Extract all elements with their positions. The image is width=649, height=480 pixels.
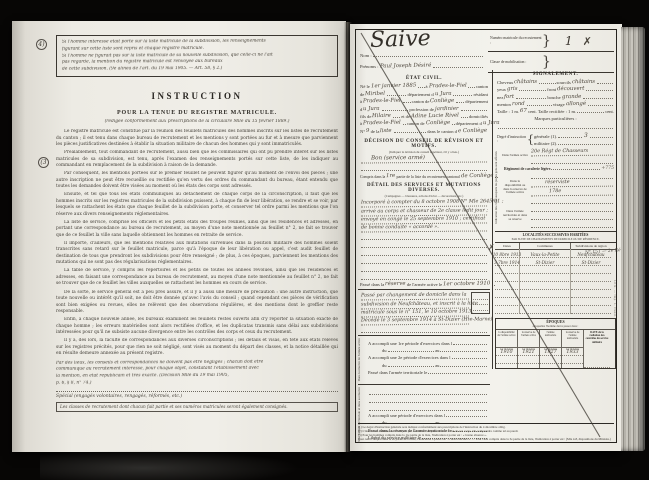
printed-text: au [435, 348, 439, 353]
printed-text: d [360, 107, 362, 112]
blank-line [361, 325, 487, 333]
column-header: l'armée territoriale [540, 330, 561, 348]
printed-text: A accompli une 2e période d'exercices da… [368, 355, 451, 360]
dotted-fill [586, 90, 613, 91]
dotted-fill [387, 95, 406, 96]
corps-dispo-label: Dans la disponibilité ou dans la réserve… [502, 180, 528, 195]
written-year: 1910 [496, 351, 517, 356]
printed-text: à [426, 84, 428, 89]
matricule-label: Numéro matricule du recrutement : [490, 36, 542, 45]
body-paragraph: Par conséquent, les mentions portées sur… [56, 171, 338, 191]
decision-subheading: (Indiquer la décision du conseil supérie… [358, 150, 490, 154]
dotted-fill [453, 344, 487, 345]
printed-text: Taille : 1 m. [497, 109, 519, 114]
reserve-section: Dans la réserve de l'armée active A acco… [358, 338, 490, 381]
blank-line [361, 248, 487, 256]
blank-line [531, 204, 613, 212]
subtitle-note: (rédigée conformément aux prescriptions … [56, 119, 338, 124]
dotted-fill [440, 366, 487, 367]
printed-text: yeux [497, 87, 506, 92]
etat-civil-line: N°9de lalistedans le canton de Conliège [360, 126, 488, 133]
etat-civil-line: du Juraprofession dejardinier [360, 104, 488, 111]
dotted-fill [577, 112, 604, 113]
localites-subheading: PAR SUITE DE CHANGEMENTS DE DOMICILE OU … [495, 237, 616, 241]
blank-line [496, 356, 517, 364]
signalement-row: Cheveuxchâtainssourcilschâtains [497, 78, 614, 85]
dotted-fill [418, 87, 424, 88]
reserve-side-label: Dans la réserve de l'armée active [358, 338, 366, 381]
signalement-row: mentonrondvisageallongé [497, 100, 614, 107]
mutation-line: Décédé le 3 septembre 1914 à St-Dizier (… [361, 317, 469, 326]
margin-mark-mid: (3 [38, 157, 49, 168]
written-year: 1933 [562, 351, 583, 356]
etat-civil-line: fils deHilaireet deAdine Lucie Riveldomi… [360, 112, 488, 119]
blank-line [361, 256, 487, 264]
signalement-heading: SIGNALEMENT. [495, 72, 616, 77]
periode-line: Passé dans l'armée territoriale le [368, 368, 488, 375]
written-text: Conliège [430, 98, 454, 104]
dotted-fill [440, 351, 487, 352]
section-divider [358, 289, 490, 290]
form-frame: Saive Nom : Prénoms : Paul Joseph Désiré… [355, 29, 617, 443]
printed-text: Passé dans la [360, 282, 384, 287]
printed-text: canton de [407, 121, 425, 126]
compris-line: Compris dans la 1re partie de la liste d… [360, 171, 488, 178]
printed-text: fils de [360, 114, 371, 119]
corps-active-block: Dans l'armée active 20e Régt de Chasseur… [502, 148, 616, 164]
printed-text: à [360, 99, 362, 104]
dotted-fill [551, 169, 600, 170]
brace-glyph: { [527, 133, 534, 146]
brace-glyph: } [542, 33, 551, 49]
dotted-fill [461, 117, 468, 118]
left-page-footnote: Les classes de recrutement dont chacun f… [56, 402, 338, 412]
blank-line [540, 356, 561, 364]
epoque-column: la réserve de l'armée territoriale 1er O… [562, 330, 584, 368]
dotted-fill [452, 124, 455, 125]
blank-line [361, 272, 487, 280]
localites-heading-box: LOCALITÉS SUCCESSIVES HABITÉES PAR SUITE… [495, 231, 616, 243]
printed-text: Compris dans la [360, 175, 385, 179]
epoque-column: l'armée territoriale 1er Octobre1927 [540, 330, 562, 368]
form-right-column: SIGNALEMENT. Cheveuxchâtainssourcilschât… [492, 70, 616, 369]
written-year: 1927 [540, 351, 561, 356]
written-text: e Conliège [458, 127, 487, 134]
periode-line: A accompli une période d'exercices dans … [368, 411, 488, 418]
printed-text: Né le [360, 84, 370, 89]
brace-glyph: } [542, 54, 551, 70]
dotted-fill [588, 105, 613, 106]
prenoms-label: Prénoms : [360, 64, 379, 69]
nom-line [373, 56, 483, 57]
dotted-fill [446, 416, 487, 417]
blank-line [361, 240, 487, 248]
left-page: 4) (3 Si l'homme intéressé était porté s… [12, 21, 346, 452]
epoque-column: la réserve de l'armée active 1er Octobre… [518, 330, 540, 368]
printed-text: canton [476, 84, 488, 89]
blank-line [531, 196, 613, 204]
decision-heading: DÉCISION DU CONSEIL DE RÉVISION ET MOTIF… [358, 139, 490, 149]
blank-line [562, 356, 583, 364]
instruction-subtitle: POUR LA TENUE DU REGISTRE MATRICULE. [56, 110, 338, 116]
page-edge-stack [621, 27, 645, 451]
blank-line [531, 156, 613, 164]
column-header: la réserve de l'armée active [518, 330, 539, 348]
cavalerie-line: Régiment de cavalerie légère +775 [504, 164, 614, 171]
photo-canvas: 4) (3 Si l'homme intéressé était porté s… [0, 0, 649, 480]
instruction-title: INSTRUCTION [56, 91, 338, 101]
form-header: Saive Nom : Prénoms : Paul Joseph Désiré… [358, 31, 610, 73]
written-text: jardinier [435, 105, 459, 111]
dotted-fill [539, 83, 555, 84]
written-text: u Jura [363, 105, 380, 111]
written-text: 1er octobre 1910 [443, 281, 490, 288]
body-paragraph: La table de service, y compris les réper… [56, 268, 338, 288]
dotted-fill [388, 366, 435, 367]
form-left-column: ÉTAT CIVIL. Né le1er janvier 1885àPrades… [358, 74, 490, 442]
dotted-fill [388, 351, 435, 352]
footnote-line: Pour ceux compris dans la 2e partie de l… [358, 437, 614, 441]
printed-text: A accompli une 1re période d'exercices d… [368, 341, 452, 346]
written-text: allongé [566, 101, 586, 107]
body-paragraph: Ensuite, et tel que tous les états commu… [56, 192, 338, 218]
dotted-fill [403, 124, 406, 125]
etat-civil-line: àPrades-le-Fielcanton deConliègedépartem… [360, 119, 488, 126]
radiation-label: DATE de la radiation des contrôles du se… [584, 330, 610, 360]
annotation-box: Si l'homme intéressé était porté sur la … [56, 35, 338, 77]
corps-dispo-value: 178e [531, 187, 613, 196]
written-text: 1re [386, 173, 395, 179]
cross-mark: ✗ [583, 35, 592, 48]
written-text: découvert [557, 86, 584, 92]
written-text: liste [380, 128, 392, 134]
printed-text: du [382, 348, 387, 353]
printed-text: de [360, 92, 364, 97]
printed-text: nez [497, 95, 503, 100]
table-row [495, 306, 616, 314]
corps-territoriale-label: Dans l'armée territoriale et dans sa rés… [502, 210, 528, 221]
printed-text: Marques particulières : [534, 116, 576, 121]
margin-mark-top: 4) [36, 39, 47, 50]
written-text: u Jura [435, 91, 452, 97]
periode-line: duau [368, 360, 488, 367]
periode-line: A accompli une 1re période d'exercices d… [368, 338, 488, 345]
service-entry-line: de bonne conduite « accordé ». [361, 223, 487, 232]
written-text: châtains [514, 79, 537, 85]
body-paragraph: La liste de service, comprise les offici… [56, 220, 338, 240]
dotted-fill [583, 98, 613, 99]
dotted-fill [428, 373, 487, 374]
blank-line [531, 220, 613, 228]
dotted-fill [527, 105, 552, 106]
dotted-fill [461, 110, 487, 111]
mutations-block: Passé par changement de domicile dans la… [358, 292, 490, 325]
written-text: gris [507, 86, 518, 92]
printed-text: à [360, 121, 362, 126]
body-paragraph: Enfin, à chaque nouvelle année, les bure… [56, 317, 338, 337]
printer-mark: Lille. — Imp. L. Danel. [613, 280, 617, 318]
prenoms-value: Paul Joseph Désiré [379, 63, 430, 70]
nom-label: Nom : [360, 53, 372, 58]
printed-text: département d [456, 121, 482, 126]
blank-line [369, 387, 487, 395]
printed-text: menton [497, 102, 511, 107]
printed-text: N° [360, 129, 365, 134]
periode-line: A accompli une 2e période d'exercices da… [368, 353, 488, 360]
written-text: réserve [385, 281, 406, 287]
dotted-fill [558, 137, 581, 138]
written-text: Hilaire [372, 113, 391, 119]
dotted-fill [597, 83, 613, 84]
printed-text: dans le canton d [427, 129, 457, 134]
written-year: 1921 [518, 351, 539, 356]
prenoms-line [433, 67, 483, 68]
printed-text: bouche [547, 95, 560, 100]
dotted-fill [558, 144, 613, 145]
radiation-column: DATE de la radiation des contrôles du se… [584, 330, 610, 368]
printed-text: générale (1). [534, 134, 557, 139]
written-text: de Conliège [461, 173, 494, 180]
closing-line: p. 6, § 8, n° 74.) [56, 379, 338, 387]
dotted-fill [453, 95, 472, 96]
matricule-value: 1 [565, 34, 573, 48]
periode-line: duau [368, 346, 488, 353]
corps-active-label: Dans l'armée active [502, 154, 528, 158]
left-page-content: Si l'homme intéressé était porté sur la … [56, 35, 338, 412]
body-paragraph: Le registre matricule est constitué par … [56, 129, 338, 149]
dotted-fill [393, 117, 400, 118]
printed-text: de la [371, 129, 380, 134]
closing-block: Par des lieux, les conseils et correspon… [56, 360, 338, 387]
degre-instruction: Degré d'instruction : { générale (1).3 m… [497, 132, 614, 146]
printed-text: A accompli une période d'exercices dans … [368, 413, 445, 418]
blank-line [518, 356, 539, 364]
etat-civil-line: deMiribeldépartement du Jurarésidant [360, 89, 488, 96]
printed-text: de l'armée active le [407, 282, 442, 287]
passe-reserve-line: Passé dans la réserve de l'armée active … [360, 280, 488, 287]
printed-text: cent. Taille rectifiée : 1 m. [528, 109, 576, 114]
localites-table: ✗ N° 151 — 2e Région Dates Communes Subd… [495, 243, 616, 314]
surname-handwritten: Saive [370, 26, 432, 53]
dotted-fill [452, 358, 487, 359]
printed-text: canton de [412, 99, 430, 104]
decision-value: Bon (service armé) [361, 155, 487, 164]
dotted-fill [516, 98, 546, 99]
body-paragraph: Il y a, dès lors, la faculté de correspo… [56, 338, 338, 358]
epoque-column: la disponibilité de l'armée active 1er O… [496, 330, 518, 368]
dotted-fill [468, 87, 474, 88]
written-text: 9 [366, 128, 370, 134]
written-text: Conliège [425, 120, 449, 126]
written-text: fort [504, 93, 514, 99]
written-text: 67 [520, 108, 527, 114]
corps-territoriale-block: Dans l'armée territoriale et dans sa rés… [502, 204, 616, 228]
printed-text: du [382, 363, 387, 368]
right-page: Saive Nom : Prénoms : Paul Joseph Désiré… [350, 24, 622, 451]
written-text: Adine Lucie Rivel [411, 113, 459, 120]
printed-text: au [435, 363, 439, 368]
corps-section: Indication des corps auxquels les jeunes… [495, 148, 616, 228]
blank-line [361, 264, 487, 272]
section-divider [358, 384, 490, 385]
written-text: Miribel [365, 91, 385, 97]
written-text: grande [562, 93, 581, 99]
printed-text: profession de [409, 107, 434, 112]
written-text: châtains [572, 79, 595, 85]
corps-active-value: 20e Régt de Chasseurs [531, 148, 613, 157]
column-header: la réserve de l'armée territoriale [562, 330, 583, 348]
blank-line [361, 163, 487, 171]
special-line: Spécial (engagés volontaires, rengagés, … [56, 391, 338, 399]
etat-civil-line: àPrades-le-Fielcanton deConliègedépartem… [360, 97, 488, 104]
body-paragraph: De la sorte, le service général est à pe… [56, 290, 338, 316]
corps-dispo-value: réserviste [531, 179, 613, 188]
printed-text: Cheveux [497, 80, 513, 85]
body-paragraph: Préalablement, tout commandant de recrut… [56, 150, 338, 170]
taille-row: Taille : 1 m.67cent. Taille rectifiée : … [497, 107, 614, 114]
blank-line [369, 403, 487, 411]
printed-text: département d [407, 92, 433, 97]
printed-text: Passé dans l'armée territoriale le [368, 370, 427, 375]
dotted-fill [519, 90, 546, 91]
section-divider [358, 335, 490, 336]
degre-label: Degré d'instruction : [497, 135, 527, 144]
services-subheading: (Campagnes — blessures, actions d'éclat … [358, 194, 490, 198]
blank-line [531, 212, 613, 220]
annotation-line: de cette subdivision. (9e alinéa de l'ar… [62, 66, 332, 74]
signalement-row: nezfortbouchegrande [497, 92, 614, 99]
printed-text: département [465, 99, 488, 104]
written-text: Prades-le-Fiel [363, 120, 401, 127]
written-text: Prades-le-Fiel [429, 83, 467, 90]
printed-text: cent. [605, 109, 614, 114]
printed-text: domiciliés [469, 114, 488, 119]
classe-label: Classe de mobilisation : [490, 60, 542, 65]
body-paragraph: Il importe, d'ailleurs, que les mentions… [56, 241, 338, 267]
blank-line [584, 360, 610, 368]
blank-line [369, 395, 487, 403]
instruction-body: Le registre matricule est constitué par … [56, 129, 338, 358]
form-footnotes: (1) Le degré d'instruction générale sera… [358, 423, 614, 441]
printed-text: militaire (2). [534, 141, 557, 146]
printed-text: front [547, 87, 556, 92]
dotted-fill [403, 102, 411, 103]
written-text: rond [512, 101, 525, 107]
corps-side-label: Indication des corps auxquels les jeunes… [495, 148, 502, 228]
corps-dispo-block: Dans la disponibilité ou dans la réserve… [502, 171, 616, 203]
blank-line [361, 232, 487, 240]
dotted-fill [590, 137, 613, 138]
column-header: la disponibilité de l'armée active [496, 330, 517, 348]
printed-text: visage [553, 102, 565, 107]
signalement-row: yeuxgrisfrontdécouvert [497, 85, 614, 92]
etat-civil-heading: ÉTAT CIVIL. [358, 76, 490, 81]
etat-civil-line: Né le1er janvier 1885àPrades-le-Fielcant… [360, 82, 488, 89]
matricule-box: Numéro matricule du recrutement : } 1 ✗ [488, 31, 614, 52]
marques-row: Marques particulières : [497, 114, 614, 121]
written-text: 3 [584, 132, 588, 139]
dotted-fill [394, 132, 426, 133]
dotted-fill [382, 110, 408, 111]
printed-text: partie de la liste du recrutement canton… [397, 175, 460, 179]
dotted-fill [456, 102, 464, 103]
cross-mark: ✗ [488, 243, 495, 252]
header-boxes: Numéro matricule du recrutement : } 1 ✗ … [488, 31, 614, 73]
written-text: Prades-le-Fiel [363, 98, 401, 105]
printed-text: et de [401, 114, 410, 119]
blank-line [498, 121, 613, 129]
services-heading: DÉTAIL DES SERVICES ET MUTATIONS DIVERSE… [358, 183, 490, 193]
printed-text: sourcils [557, 80, 571, 85]
printed-text: résidant [473, 92, 488, 97]
epoques-table: ÉPOQUES auxquelles l'homme devra passer … [495, 318, 616, 369]
